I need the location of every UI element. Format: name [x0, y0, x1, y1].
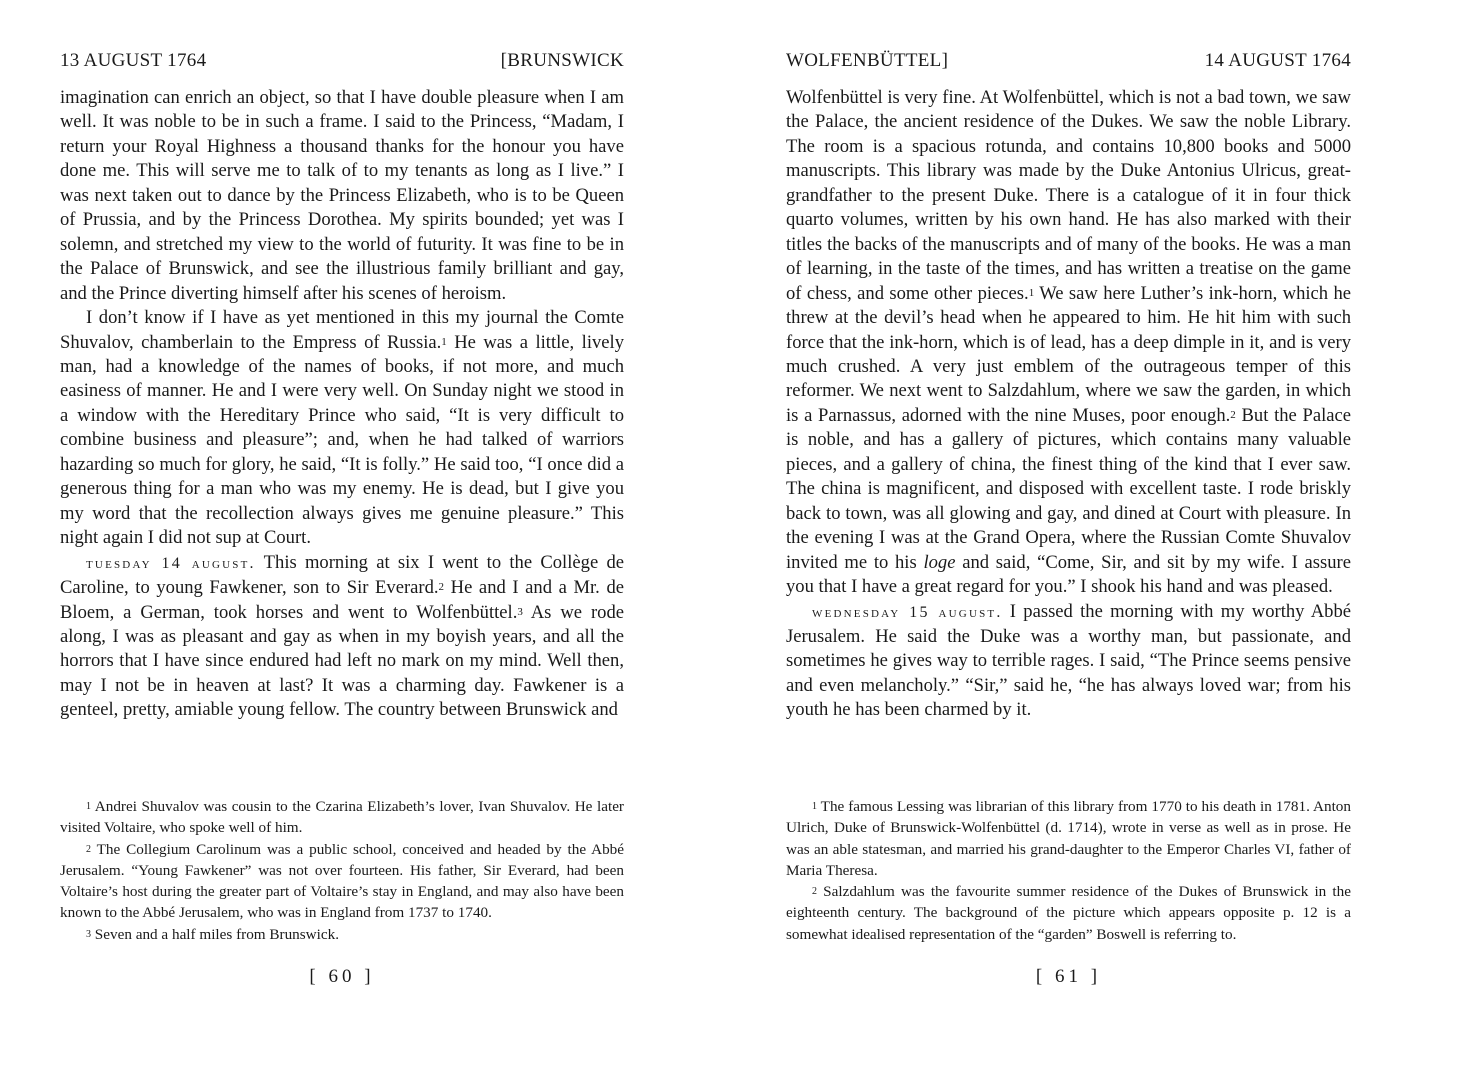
paragraph: Wednesday 15 August. I passed the mornin…	[786, 600, 1351, 723]
footnote-ref[interactable]: 2	[439, 581, 445, 593]
footnote-ref[interactable]: 3	[517, 606, 523, 618]
footnote: 3 Seven and a half miles from Brunswick.	[60, 924, 624, 945]
footnote: 2 Salzdahlum was the favourite summer re…	[786, 881, 1351, 945]
paragraph: I don’t know if I have as yet mentioned …	[60, 306, 624, 551]
footnote: 1 The famous Lessing was librarian of th…	[786, 796, 1351, 881]
footnote-ref[interactable]: 2	[1230, 409, 1236, 421]
footnote-ref[interactable]: 1	[441, 336, 447, 348]
body-text: imagination can enrich an object, so tha…	[60, 86, 624, 723]
footnote: 1 Andrei Shuvalov was cousin to the Czar…	[60, 796, 624, 839]
footnote-ref[interactable]: 1	[1029, 287, 1035, 299]
running-head-date: 14 AUGUST 1764	[1205, 50, 1351, 72]
page-number: [ 61 ]	[786, 966, 1351, 988]
footnotes: 1 The famous Lessing was librarian of th…	[786, 796, 1351, 945]
paragraph: Tuesday 14 August. This morning at six I…	[60, 551, 624, 723]
running-head: WOLFENBÜTTEL] 14 AUGUST 1764	[786, 50, 1351, 78]
running-head: 13 AUGUST 1764 [BRUNSWICK	[60, 50, 624, 78]
date-heading: Tuesday 14 August.	[86, 555, 256, 572]
running-head-place: WOLFENBÜTTEL]	[786, 50, 948, 72]
page-number: [ 60 ]	[60, 966, 624, 988]
paragraph: Wolfenbüttel is very fine. At Wolfenbütt…	[786, 86, 1351, 600]
footnote: 2 The Collegium Carolinum was a public s…	[60, 839, 624, 924]
date-heading: Wednesday 15 August.	[812, 604, 1003, 621]
footnotes: 1 Andrei Shuvalov was cousin to the Czar…	[60, 796, 624, 945]
running-head-place: [BRUNSWICK	[501, 50, 624, 72]
body-text: Wolfenbüttel is very fine. At Wolfenbütt…	[786, 86, 1351, 723]
paragraph: imagination can enrich an object, so tha…	[60, 86, 624, 306]
running-head-date: 13 AUGUST 1764	[60, 50, 206, 72]
